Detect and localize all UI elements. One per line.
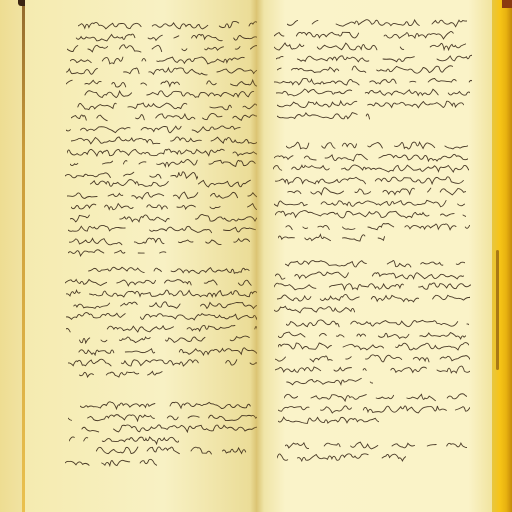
- handwritten-line: [277, 110, 381, 120]
- handwritten-line: [66, 124, 268, 134]
- handwritten-line: [71, 112, 270, 122]
- handwritten-line: [68, 357, 269, 367]
- handwritten-line: [68, 346, 267, 356]
- right-page-stack-edge: [492, 0, 512, 512]
- handwritten-line: [71, 135, 270, 145]
- handwritten-line: [66, 66, 270, 76]
- handwritten-line: [69, 236, 266, 246]
- handwritten-line: [67, 43, 266, 53]
- handwritten-line: [286, 318, 469, 328]
- handwritten-line: [278, 330, 467, 340]
- handwritten-line: [274, 304, 369, 314]
- handwritten-line: [277, 64, 465, 74]
- handwritten-line: [277, 99, 464, 109]
- handwritten-line: [275, 270, 464, 280]
- book-gutter: [250, 0, 264, 512]
- cover-corner: [502, 0, 512, 8]
- handwritten-line: [274, 76, 473, 86]
- handwritten-line: [65, 32, 274, 42]
- handwritten-line: [278, 232, 386, 242]
- handwritten-line: [80, 400, 266, 410]
- handwritten-line: [275, 209, 467, 219]
- handwritten-line: [66, 89, 265, 99]
- handwritten-line: [67, 190, 271, 200]
- handwritten-line: [66, 288, 267, 298]
- handwritten-line: [67, 334, 274, 344]
- handwritten-line: [277, 186, 467, 196]
- handwritten-line: [285, 440, 467, 450]
- handwritten-line: [68, 423, 269, 433]
- handwritten-line: [68, 224, 265, 234]
- handwritten-line: [75, 178, 266, 188]
- handwritten-line: [278, 415, 379, 425]
- handwritten-line: [278, 404, 470, 414]
- handwritten-line: [273, 163, 469, 173]
- handwritten-line: [274, 376, 373, 386]
- handwritten-line: [70, 55, 275, 65]
- handwritten-line: [274, 152, 468, 162]
- handwritten-line: [78, 20, 269, 30]
- handwritten-line: [284, 392, 467, 402]
- handwritten-line: [68, 247, 173, 257]
- handwritten-line: [286, 140, 468, 150]
- handwritten-line: [278, 341, 469, 351]
- handwritten-line: [66, 101, 270, 111]
- handwritten-line: [275, 353, 470, 363]
- handwritten-line: [80, 445, 273, 455]
- left-page-stack-edge: [0, 0, 24, 512]
- photo-background: Open handwritten manuscript book: [0, 0, 512, 512]
- handwritten-line: [67, 147, 265, 157]
- handwritten-line: [277, 221, 470, 231]
- handwritten-line: [75, 265, 274, 275]
- handwritten-line: [67, 369, 172, 379]
- handwritten-line: [68, 412, 268, 422]
- handwritten-line: [66, 78, 275, 88]
- handwritten-line: [71, 201, 270, 211]
- handwritten-line: [69, 435, 179, 445]
- right-page: [257, 0, 492, 512]
- handwritten-line: [285, 258, 465, 268]
- handwritten-line: [277, 452, 406, 462]
- handwritten-line: [274, 198, 465, 208]
- handwritten-line: [275, 175, 464, 185]
- handwritten-line: [70, 213, 267, 223]
- left-page: [25, 0, 257, 512]
- handwritten-line: [275, 364, 470, 374]
- handwritten-line: [277, 293, 471, 303]
- handwritten-line: [276, 87, 471, 97]
- handwritten-line: [70, 158, 275, 168]
- handwritten-line: [65, 277, 266, 287]
- handwritten-line: [287, 18, 467, 28]
- handwritten-line: [66, 323, 272, 333]
- handwritten-line: [276, 53, 472, 63]
- handwritten-line: [274, 41, 466, 51]
- handwritten-line: [66, 311, 272, 321]
- page-fold: [496, 250, 499, 370]
- handwritten-line: [65, 457, 157, 467]
- handwritten-line: [274, 30, 467, 40]
- handwritten-line: [66, 300, 270, 310]
- handwritten-line: [274, 281, 471, 291]
